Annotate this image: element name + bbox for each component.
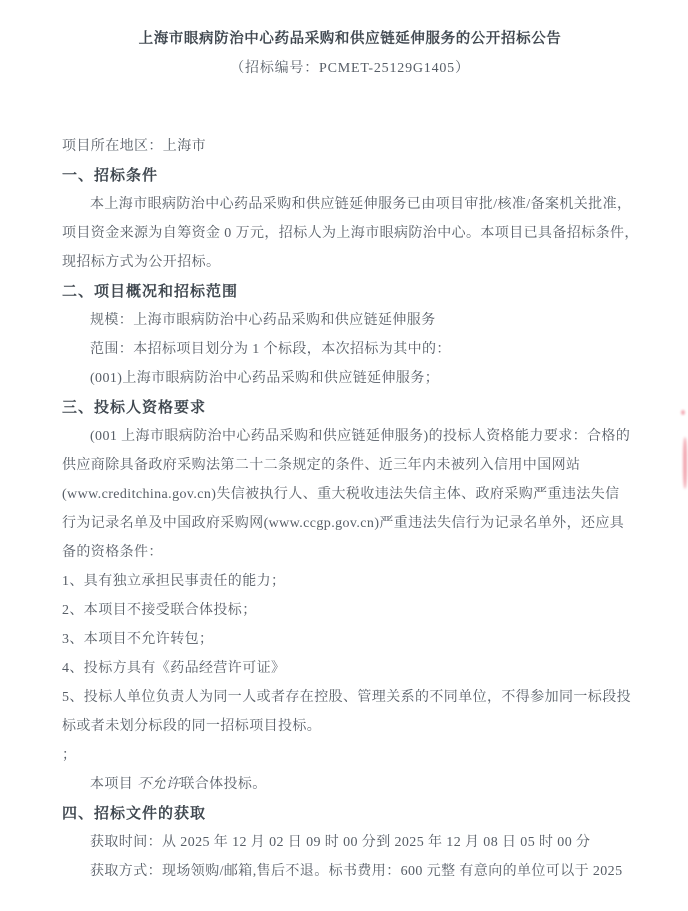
qualification-item: 5、投标人单位负责人为同一人或者存在控股、管理关系的不同单位，不得参加同一标段投 — [62, 683, 638, 712]
section2-scale-line: 规模：上海市眼病防治中心药品采购和供应链延伸服务 — [62, 306, 638, 335]
qualification-item-continuation: 标或者未划分标段的同一招标项目投标。 — [62, 712, 638, 741]
section1-paragraph-line: 项目资金来源为自筹资金 0 万元，招标人为上海市眼病防治中心。本项目已具备招标条… — [62, 219, 638, 248]
section2-heading: 二、项目概况和招标范围 — [62, 277, 638, 306]
section4-heading: 四、招标文件的获取 — [62, 799, 638, 828]
red-stamp-edge-artifact — [678, 403, 688, 493]
joint-bid-note-suffix: 联合体投标。 — [180, 777, 266, 792]
section3-paragraph-line: 供应商除具备政府采购法第二十二条规定的条件、近三年内未被列入信用中国网站 — [62, 451, 638, 480]
section3-paragraph-line: (www.creditchina.gov.cn)失信被执行人、重大税收违法失信主… — [62, 480, 638, 509]
section4-obtain-method-line: 获取方式：现场领购/邮箱,售后不退。标书费用：600 元整 有意向的单位可以于 … — [62, 857, 638, 886]
section4-obtain-time-line: 获取时间：从 2025 年 12 月 02 日 09 时 00 分到 2025 … — [62, 828, 638, 857]
red-stamp-streak — [683, 437, 687, 489]
qualification-item: 2、本项目不接受联合体投标； — [62, 596, 638, 625]
tender-number: （招标编号：PCMET-25129G1405） — [62, 58, 638, 80]
section1-heading: 一、招标条件 — [62, 161, 638, 190]
document-title: 上海市眼病防治中心药品采购和供应链延伸服务的公开招标公告 — [62, 28, 638, 50]
section2-scope-line: 范围：本招标项目划分为 1 个标段，本次招标为其中的： — [62, 335, 638, 364]
section1-paragraph-line: 本上海市眼病防治中心药品采购和供应链延伸服务已由项目审批/核准/备案机关批准， — [62, 190, 638, 219]
document-page: 上海市眼病防治中心药品采购和供应链延伸服务的公开招标公告 （招标编号：PCMET… — [0, 0, 688, 911]
section1-paragraph-line: 现招标方式为公开招标。 — [62, 248, 638, 277]
section3-paragraph-line: 行为记录名单及中国政府采购网(www.ccgp.gov.cn)严重违法失信行为记… — [62, 509, 638, 538]
qualification-item: 1、具有独立承担民事责任的能力； — [62, 567, 638, 596]
joint-bid-note-emphasis: 不允许 — [137, 777, 180, 792]
joint-bid-note-prefix: 本项目 — [90, 777, 137, 792]
location-line: 项目所在地区：上海市 — [62, 132, 638, 161]
section3-paragraph-line: (001 上海市眼病防治中心药品采购和供应链延伸服务)的投标人资格能力要求：合格… — [62, 422, 638, 451]
qualification-item: 3、本项目不允许转包； — [62, 625, 638, 654]
joint-bid-note-line: 本项目 不允许联合体投标。 — [62, 770, 638, 799]
section2-lot-line: (001)上海市眼病防治中心药品采购和供应链延伸服务； — [62, 364, 638, 393]
section3-paragraph-line: 备的资格条件： — [62, 538, 638, 567]
section3-heading: 三、投标人资格要求 — [62, 393, 638, 422]
red-stamp-dot — [681, 410, 685, 415]
stray-semicolon-line: ； — [62, 741, 638, 770]
qualification-item: 4、投标方具有《药品经营许可证》 — [62, 654, 638, 683]
document-body: 项目所在地区：上海市 一、招标条件 本上海市眼病防治中心药品采购和供应链延伸服务… — [62, 132, 638, 886]
